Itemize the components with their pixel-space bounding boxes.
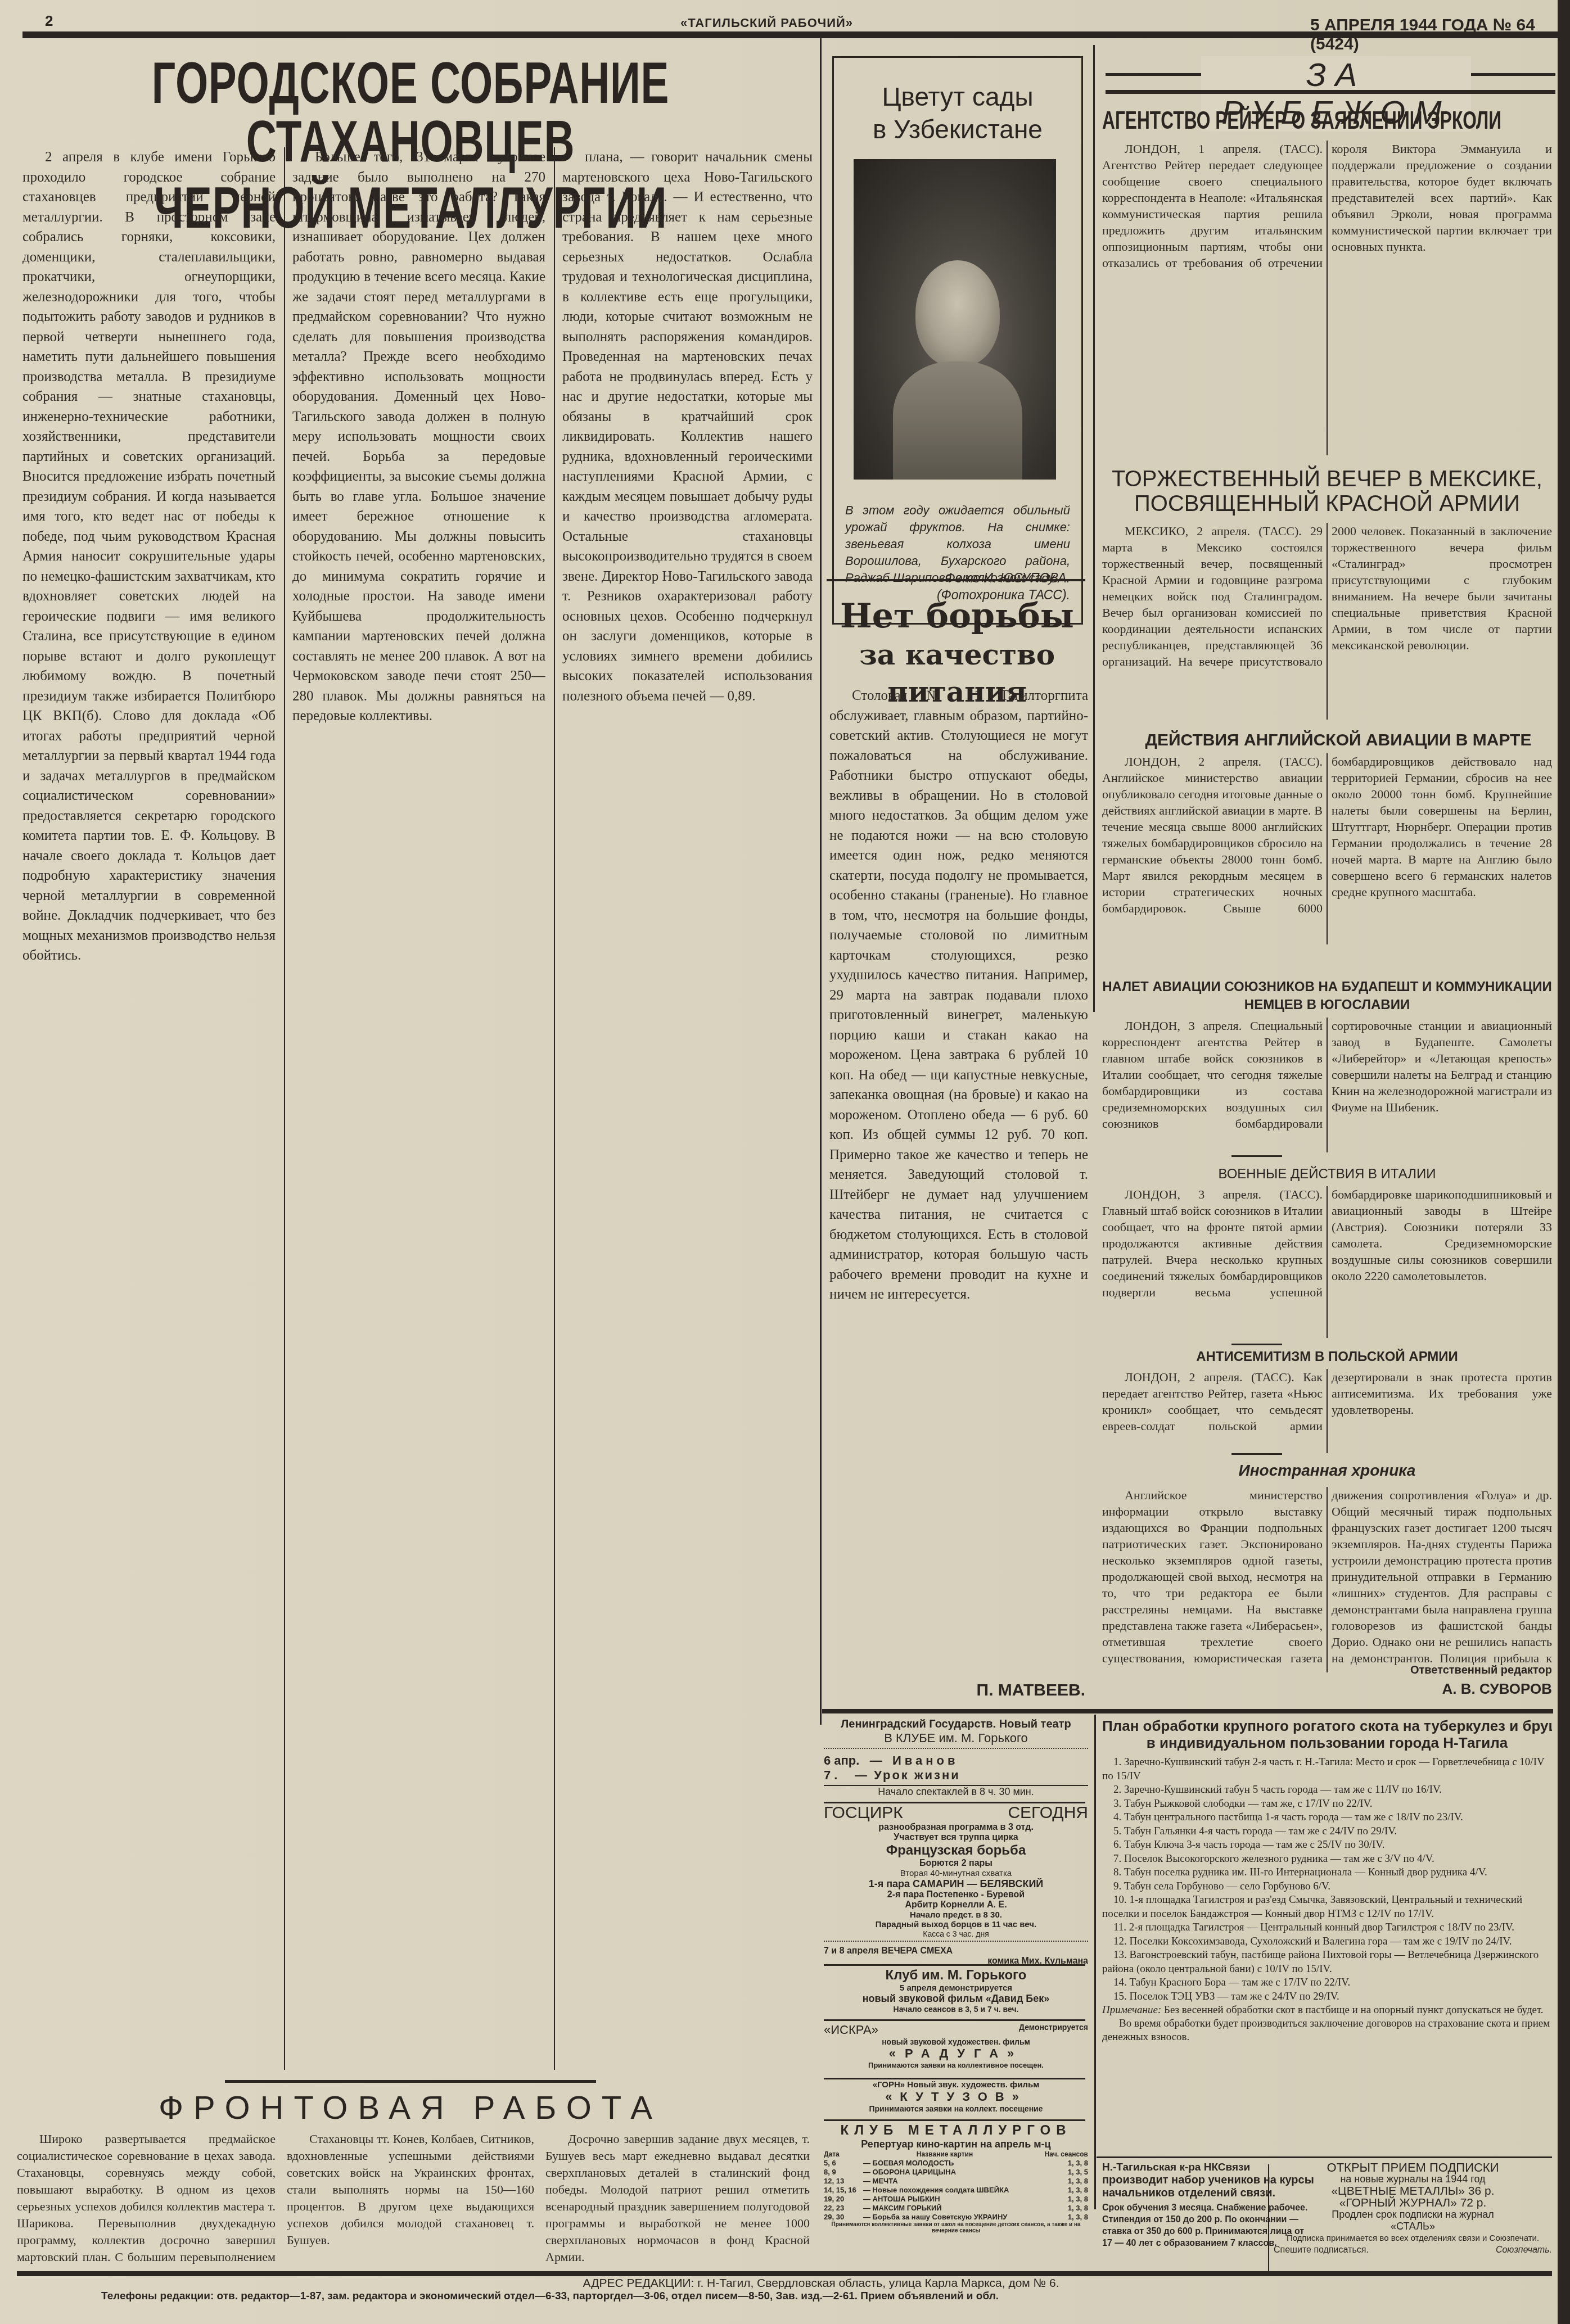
cattle-plan-item: 8. Табун поселка рудника им. III-го Инте… bbox=[1102, 1866, 1552, 1880]
short-rule bbox=[1231, 1344, 1282, 1345]
masthead-rule bbox=[22, 31, 1558, 38]
circus-name: ГОСЦИРК bbox=[824, 1803, 903, 1823]
ad-divider bbox=[824, 2019, 1085, 2021]
antisemitism-article: ЛОНДОН, 2 апреля. (ТАСС). Как передает а… bbox=[1102, 1369, 1552, 1453]
column-divider bbox=[1093, 45, 1095, 1012]
editor-signature: Ответственный редактор А. В. СУВОРОВ bbox=[1338, 1664, 1552, 1698]
gorky-club-ad: Клуб им. М. Горького 5 апреля демонстрир… bbox=[824, 1968, 1088, 2014]
cattle-plan-item: 9. Табун села Горбуново — село Горбуново… bbox=[1102, 1880, 1552, 1894]
cattle-plan-item: 13. Вагонстроевский табун, пастбище райо… bbox=[1102, 1948, 1552, 1976]
editorial-address: АДРЕС РЕДАКЦИИ: г. Н-Тагил, Свердловская… bbox=[101, 2277, 1541, 2290]
cattle-plan-item: 11. 2-я площадка Тагилстроя — Центральны… bbox=[1102, 1921, 1552, 1935]
cattle-plan-item: 5. Табун Гальянки 4-я часть города — там… bbox=[1102, 1825, 1552, 1839]
short-rule bbox=[1231, 1453, 1282, 1455]
front-work-col-1: Широко развертывается предмайское социал… bbox=[17, 2131, 276, 2266]
masthead: 2 «ТАГИЛЬСКИЙ РАБОЧИЙ» 5 АПРЕЛЯ 1944 ГОД… bbox=[0, 6, 1558, 28]
kino-table-row: 5, 6— БОЕВАЯ МОЛОДОСТЬ1, 3, 8 bbox=[824, 2159, 1088, 2168]
column-divider bbox=[1094, 1715, 1096, 2209]
kino-table-row: 22, 23— МАКСИМ ГОРЬКИЙ1, 3, 8 bbox=[824, 2204, 1088, 2213]
column-divider bbox=[554, 147, 555, 2070]
food-article-body: Столовая № 1 Тагилторгпита обслуживает, … bbox=[829, 686, 1088, 1642]
photo-figure bbox=[915, 260, 1000, 367]
kino-table-row: 14, 15, 16— Новые похождения солдата ШВЕ… bbox=[824, 2186, 1088, 2195]
kino-table-row: 8, 9— ОБОРОНА ЦАРИЦЫНА1, 3, 5 bbox=[824, 2168, 1088, 2177]
kino-table: 5, 6— БОЕВАЯ МОЛОДОСТЬ1, 3, 88, 9— ОБОРО… bbox=[824, 2159, 1088, 2222]
cattle-plan-item: 6. Табун Ключа 3-я часть города — там же… bbox=[1102, 1838, 1552, 1852]
circus-today: СЕГОДНЯ bbox=[1008, 1803, 1088, 1823]
cattle-plan-item: 2. Заречно-Кушвинский табун 5 часть горо… bbox=[1102, 1783, 1552, 1797]
circus-ad: ГОСЦИРК СЕГОДНЯ разнообразная программа … bbox=[824, 1803, 1088, 1966]
ads-top-rule bbox=[822, 1709, 1553, 1713]
theatre-ad: Ленинградский Государств. Новый театр В … bbox=[824, 1718, 1088, 1798]
kino-table-header: Дата Название картин Нач. сеансов bbox=[824, 2150, 1088, 2159]
reuters-headline: АГЕНТСТВО РЕЙТЕР О ЗАЯВЛЕНИИ ЭРКОЛИ bbox=[1102, 107, 1434, 135]
front-work-col-2: Стахановцы тт. Конев, Колбаев, Ситников,… bbox=[287, 2131, 534, 2266]
kino-table-row: 12, 13— МЕЧТА1, 3, 8 bbox=[824, 2177, 1088, 2186]
newspaper-page: 2 «ТАГИЛЬСКИЙ РАБОЧИЙ» 5 АПРЕЛЯ 1944 ГОД… bbox=[0, 0, 1558, 2324]
photo-bottom-rule bbox=[827, 579, 1085, 581]
chronicle-title: Иностранная хроника bbox=[1102, 1462, 1552, 1480]
cattle-plan-title: План обработки крупного рогатого скота н… bbox=[1102, 1717, 1552, 1751]
page-number: 2 bbox=[45, 12, 53, 30]
raf-headline: ДЕЙСТВИЯ АНГЛИЙСКОЙ АВИАЦИИ В МАРТЕ bbox=[1119, 731, 1558, 750]
main-article-col-1: 2 апреля в клубе имени Горького проходил… bbox=[22, 147, 276, 2070]
mexico-headline: ТОРЖЕСТВЕННЫЙ ВЕЧЕР В МЕКСИКЕ, ПОСВЯЩЕНН… bbox=[1102, 467, 1552, 516]
front-work-title: ФРОНТОВАЯ РАБОТА bbox=[0, 2089, 821, 2127]
cattle-plan-item: 14. Табун Красного Бора — там же с 17/IV… bbox=[1102, 1976, 1552, 1990]
front-work-rule bbox=[225, 2080, 596, 2083]
food-byline: П. МАТВЕЕВ. bbox=[956, 1681, 1085, 1700]
antisemitism-headline: АНТИСЕМИТИЗМ В ПОЛЬСКОЙ АРМИИ bbox=[1102, 1349, 1552, 1365]
column-divider bbox=[820, 38, 822, 1725]
column-divider bbox=[284, 147, 285, 2070]
main-article-col-2: Больше того, 31 марта суточное задание б… bbox=[292, 147, 545, 2070]
gorn-cinema-ad: «ГОРН» Новый звук. художеств. фильм «КУТ… bbox=[824, 2080, 1088, 2113]
kino-table-row: 29, 30— Борьба за нашу Советскую УКРАИНУ… bbox=[824, 2213, 1088, 2222]
italy-article: ЛОНДОН, 3 апреля. (ТАСС). Главный штаб в… bbox=[1102, 1186, 1552, 1338]
cattle-plan-item: 7. Поселок Высокогорского железного рудн… bbox=[1102, 1852, 1552, 1866]
mexico-article: МЕКСИКО, 2 апреля. (ТАСС). 29 марта в Ме… bbox=[1102, 523, 1552, 720]
main-article-col-3: плана, — говорит начальник смены мартено… bbox=[562, 147, 813, 2070]
chronicle-body: Английское министерство информации откры… bbox=[1102, 1487, 1552, 1672]
italy-headline: ВОЕННЫЕ ДЕЙСТВИЯ В ИТАЛИИ bbox=[1102, 1166, 1552, 1182]
footer-rule bbox=[17, 2271, 1552, 2276]
photo-feature-box: Цветут сады в Узбекистане В этом году ож… bbox=[832, 56, 1083, 625]
metallurgists-club-ad: КЛУБ МЕТАЛЛУРГОВ Репертуар кино-картин н… bbox=[824, 2123, 1088, 2234]
page-edge bbox=[1558, 0, 1570, 2324]
cattle-plan-item: 3. Табун Рыжковой слободки — там же, с 1… bbox=[1102, 1797, 1552, 1811]
cattle-plan-item: 1. Заречно-Кушвинский табун 2-я часть г.… bbox=[1102, 1756, 1552, 1783]
photo-figure-body bbox=[893, 361, 1022, 480]
budapest-article: ЛОНДОН, 3 апреля. Специальный корреспонд… bbox=[1102, 1018, 1552, 1152]
kino-table-row: 19, 20— АНТОША РЫБКИН1, 3, 8 bbox=[824, 2195, 1088, 2204]
raf-article: ЛОНДОН, 2 апреля. (ТАСС). Английское мин… bbox=[1102, 753, 1552, 944]
ad-divider bbox=[824, 2119, 1085, 2121]
iskra-cinema-ad: «ИСКРА» Демонстрируется новый звуковой х… bbox=[824, 2023, 1088, 2069]
budapest-headline: НАЛЕТ АВИАЦИИ СОЮЗНИКОВ НА БУДАПЕШТ И КО… bbox=[1102, 978, 1552, 1014]
reuters-article: ЛОНДОН, 1 апреля. (ТАСС). Агентство Рейт… bbox=[1102, 141, 1552, 455]
ads-divider bbox=[1097, 2156, 1552, 2158]
abroad-banner: ЗА РУБЕЖОМ bbox=[1106, 56, 1555, 96]
column-divider bbox=[1268, 2164, 1269, 2271]
cattle-plan-item: 12. Поселки Коксохимзавода, Сухоложский … bbox=[1102, 1935, 1552, 1949]
cattle-plan-list: 1. Заречно-Кушвинский табун 2-я часть г.… bbox=[1102, 1756, 1552, 2004]
paper-name: «ТАГИЛЬСКИЙ РАБОЧИЙ» bbox=[680, 16, 853, 30]
cattle-plan-item: 10. 1-я площадка Тагилстроя и раз'езд См… bbox=[1102, 1893, 1552, 1921]
woman-in-orchard-photo bbox=[854, 159, 1056, 480]
editorial-phones: Телефоны редакции: отв. редактор—1-87, з… bbox=[101, 2290, 1541, 2303]
subscription-ad: ОТКРЫТ ПРИЕМ ПОДПИСКИ на новые журналы н… bbox=[1274, 2162, 1552, 2256]
cattle-plan-item: 4. Табун центрального пастбища 1-я часть… bbox=[1102, 1811, 1552, 1825]
cattle-plan: План обработки крупного рогатого скота н… bbox=[1102, 1717, 1552, 2044]
short-rule bbox=[1231, 1155, 1282, 1157]
ad-divider bbox=[824, 1964, 1085, 1966]
cattle-plan-item: 15. Поселок ТЭЦ УВЗ — там же с 24/IV по … bbox=[1102, 1990, 1552, 2004]
footer: АДРЕС РЕДАКЦИИ: г. Н-Тагил, Свердловская… bbox=[101, 2277, 1541, 2303]
front-work-col-3: Досрочно завершив задание двух месяцев, … bbox=[545, 2131, 810, 2266]
photo-feature-title: Цветут сады в Узбекистане bbox=[834, 80, 1081, 146]
ad-divider bbox=[824, 2078, 1085, 2079]
